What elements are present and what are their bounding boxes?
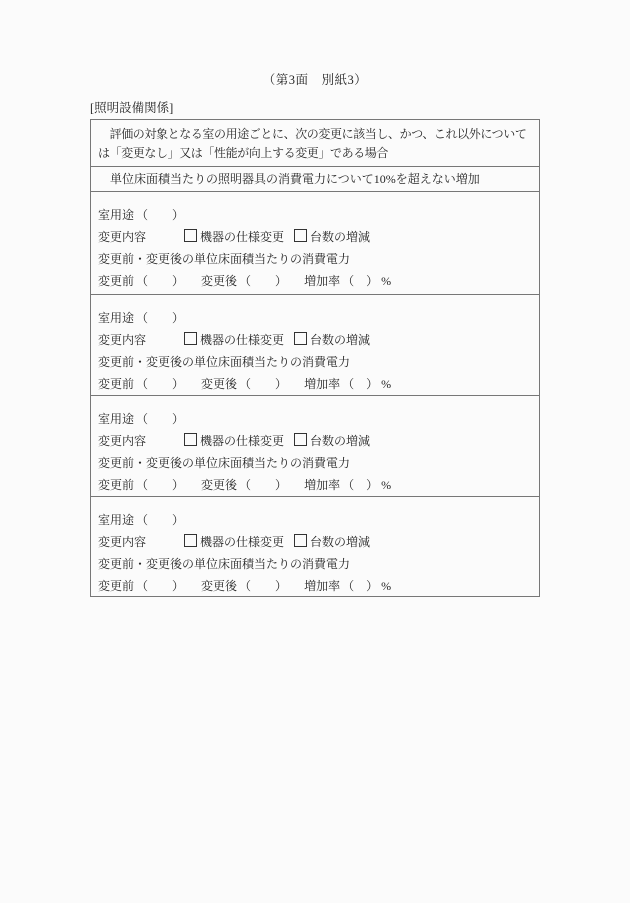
before-blank[interactable]: （ ） [136, 579, 184, 593]
checkbox-unit-count-icon[interactable] [294, 433, 307, 446]
room-entry-block: 室用途（ ） 変更内容機器の仕様変更台数の増減 変更前・変更後の単位床面積当たり… [91, 192, 539, 295]
after-blank[interactable]: （ ） [239, 478, 287, 492]
change-content-line: 変更内容機器の仕様変更台数の増減 [98, 329, 532, 351]
unit-count-option: 台数の増減 [294, 434, 370, 448]
power-caption: 変更前・変更後の単位床面積当たりの消費電力 [98, 557, 350, 571]
intro-condition-text: 評価の対象となる室の用途ごとに、次の変更に該当し、かつ、これ以外について は「変… [91, 120, 539, 167]
unit-count-option: 台数の増減 [294, 535, 370, 549]
power-increase-condition: 単位床面積当たりの照明器具の消費電力について10%を超えない増加 [91, 167, 539, 192]
after-label: 変更後 [201, 274, 237, 288]
equipment-spec-label: 機器の仕様変更 [200, 333, 284, 347]
before-blank[interactable]: （ ） [136, 274, 184, 288]
page-title: （第3面 別紙3） [0, 0, 630, 88]
after-blank[interactable]: （ ） [239, 274, 287, 288]
checkbox-equipment-spec-icon[interactable] [184, 433, 197, 446]
change-content-line: 変更内容機器の仕様変更台数の増減 [98, 226, 532, 248]
room-use-line: 室用途（ ） [98, 408, 532, 430]
rate-label: 増加率 [304, 478, 340, 492]
unit-count-option: 台数の増減 [294, 333, 370, 347]
equipment-spec-option: 機器の仕様変更 [184, 333, 284, 347]
change-content-label: 変更内容 [98, 434, 146, 448]
power-caption: 変更前・変更後の単位床面積当たりの消費電力 [98, 456, 350, 470]
room-use-label: 室用途 [98, 311, 134, 325]
equipment-spec-option: 機器の仕様変更 [184, 535, 284, 549]
after-blank[interactable]: （ ） [239, 377, 287, 391]
change-content-label: 変更内容 [98, 535, 146, 549]
room-use-label: 室用途 [98, 513, 134, 527]
after-blank[interactable]: （ ） [239, 579, 287, 593]
percent-sign: % [381, 377, 391, 391]
rate-blank[interactable]: （ ） [342, 478, 378, 492]
values-line: 変更前（ ）変更後（ ）増加率（ ）% [98, 575, 532, 597]
unit-count-label: 台数の増減 [310, 333, 370, 347]
change-content-line: 変更内容機器の仕様変更台数の増減 [98, 531, 532, 553]
checkbox-equipment-spec-icon[interactable] [184, 332, 197, 345]
rate-blank[interactable]: （ ） [342, 579, 378, 593]
power-caption-line: 変更前・変更後の単位床面積当たりの消費電力 [98, 248, 532, 270]
change-content-line: 変更内容機器の仕様変更台数の増減 [98, 430, 532, 452]
checkbox-unit-count-icon[interactable] [294, 534, 307, 547]
room-use-line: 室用途（ ） [98, 509, 532, 531]
before-label: 変更前 [98, 274, 134, 288]
room-use-blank[interactable]: （ ） [136, 412, 184, 426]
power-caption-line: 変更前・変更後の単位床面積当たりの消費電力 [98, 553, 532, 575]
change-content-label: 変更内容 [98, 230, 146, 244]
unit-count-option: 台数の増減 [294, 230, 370, 244]
values-line: 変更前（ ）変更後（ ）増加率（ ）% [98, 270, 532, 292]
percent-sign: % [381, 274, 391, 288]
rate-label: 増加率 [304, 377, 340, 391]
rate-label: 増加率 [304, 579, 340, 593]
room-use-label: 室用途 [98, 412, 134, 426]
unit-count-label: 台数の増減 [310, 434, 370, 448]
rate-blank[interactable]: （ ） [342, 274, 378, 288]
room-use-blank[interactable]: （ ） [136, 513, 184, 527]
checkbox-unit-count-icon[interactable] [294, 332, 307, 345]
room-entry-block: 室用途（ ） 変更内容機器の仕様変更台数の増減 変更前・変更後の単位床面積当たり… [91, 396, 539, 497]
rate-blank[interactable]: （ ） [342, 377, 378, 391]
room-use-label: 室用途 [98, 208, 134, 222]
before-label: 変更前 [98, 579, 134, 593]
unit-count-label: 台数の増減 [310, 230, 370, 244]
lighting-form-box: 評価の対象となる室の用途ごとに、次の変更に該当し、かつ、これ以外について は「変… [90, 119, 540, 597]
unit-count-label: 台数の増減 [310, 535, 370, 549]
values-line: 変更前（ ）変更後（ ）増加率（ ）% [98, 373, 532, 395]
room-use-blank[interactable]: （ ） [136, 311, 184, 325]
equipment-spec-label: 機器の仕様変更 [200, 230, 284, 244]
power-caption-line: 変更前・変更後の単位床面積当たりの消費電力 [98, 452, 532, 474]
after-label: 変更後 [201, 377, 237, 391]
percent-sign: % [381, 579, 391, 593]
before-label: 変更前 [98, 478, 134, 492]
equipment-spec-label: 機器の仕様変更 [200, 434, 284, 448]
section-label: [照明設備関係] [90, 100, 630, 116]
power-caption: 変更前・変更後の単位床面積当たりの消費電力 [98, 252, 350, 266]
checkbox-equipment-spec-icon[interactable] [184, 534, 197, 547]
room-use-line: 室用途（ ） [98, 204, 532, 226]
room-use-blank[interactable]: （ ） [136, 208, 184, 222]
power-caption: 変更前・変更後の単位床面積当たりの消費電力 [98, 355, 350, 369]
before-blank[interactable]: （ ） [136, 377, 184, 391]
values-line: 変更前（ ）変更後（ ）増加率（ ）% [98, 474, 532, 496]
checkbox-unit-count-icon[interactable] [294, 229, 307, 242]
room-entry-block: 室用途（ ） 変更内容機器の仕様変更台数の増減 変更前・変更後の単位床面積当たり… [91, 497, 539, 596]
before-blank[interactable]: （ ） [136, 478, 184, 492]
checkbox-equipment-spec-icon[interactable] [184, 229, 197, 242]
after-label: 変更後 [201, 579, 237, 593]
power-caption-line: 変更前・変更後の単位床面積当たりの消費電力 [98, 351, 532, 373]
equipment-spec-label: 機器の仕様変更 [200, 535, 284, 549]
before-label: 変更前 [98, 377, 134, 391]
equipment-spec-option: 機器の仕様変更 [184, 434, 284, 448]
change-content-label: 変更内容 [98, 333, 146, 347]
after-label: 変更後 [201, 478, 237, 492]
rate-label: 増加率 [304, 274, 340, 288]
room-entry-block: 室用途（ ） 変更内容機器の仕様変更台数の増減 変更前・変更後の単位床面積当たり… [91, 295, 539, 396]
percent-sign: % [381, 478, 391, 492]
equipment-spec-option: 機器の仕様変更 [184, 230, 284, 244]
room-use-line: 室用途（ ） [98, 307, 532, 329]
